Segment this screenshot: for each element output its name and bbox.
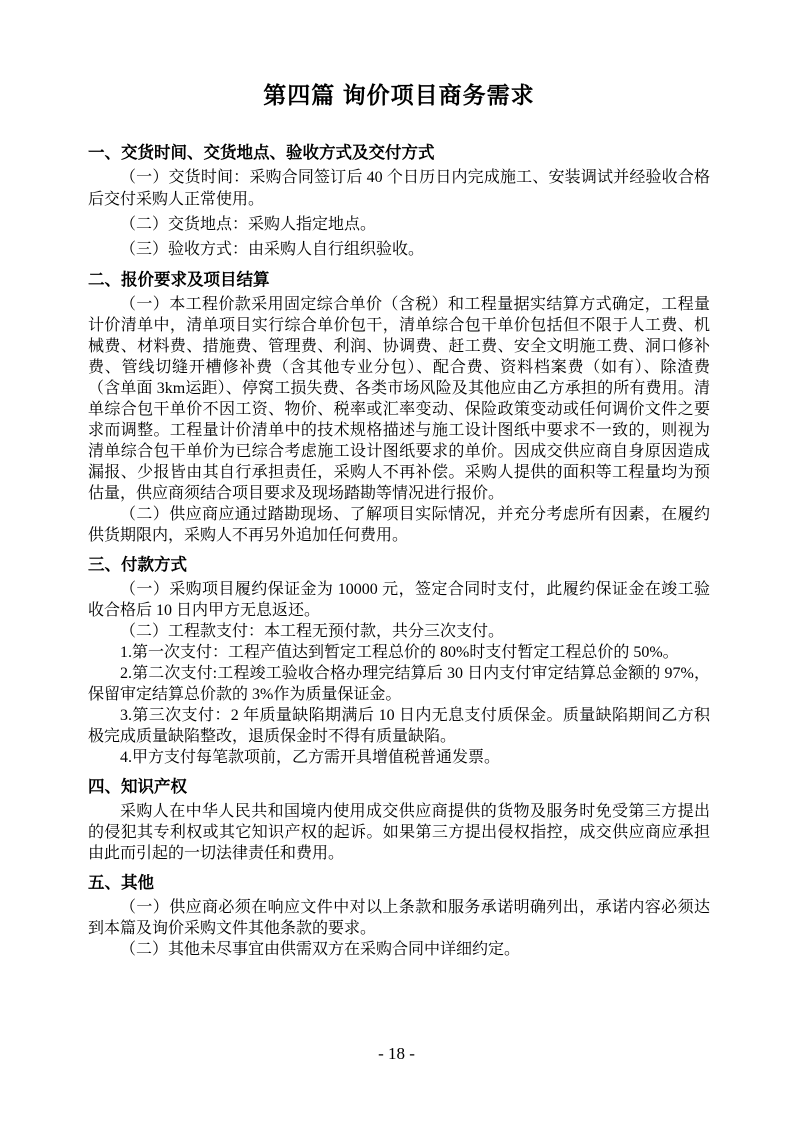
- section-ip-heading: 四、知识产权: [88, 776, 710, 798]
- paragraph-other-commitment: （一）供应商必须在响应文件中对以上条款和服务承诺明确列出，承诺内容必须达到本篇及…: [88, 897, 710, 939]
- paragraph-ip-terms: 采购人在中华人民共和国境内使用成交供应商提供的货物及服务时免受第三方提出的侵犯其…: [88, 801, 710, 864]
- paragraph-site-survey: （二）供应商应通过踏勘现场、了解项目实际情况，并充分考虑所有因素，在履约供货期限…: [88, 504, 710, 546]
- section-payment-heading: 三、付款方式: [88, 554, 710, 576]
- paragraph-payment-second: 2.第二次支付:工程竣工验收合格办理完结算后 30 日内支付审定结算总金额的 9…: [88, 663, 710, 705]
- section-other: 五、其他 （一）供应商必须在响应文件中对以上条款和服务承诺明确列出，承诺内容必须…: [88, 872, 710, 960]
- paragraph-payment-plan: （二）工程款支付：本工程无预付款，共分三次支付。: [88, 621, 710, 642]
- section-delivery: 一、交货时间、交货地点、验收方式及交付方式 （一）交货时间：采购合同签订后 40…: [88, 142, 710, 261]
- section-intellectual-property: 四、知识产权 采购人在中华人民共和国境内使用成交供应商提供的货物及服务时免受第三…: [88, 776, 710, 864]
- paragraph-performance-bond: （一）采购项目履约保证金为 10000 元，签定合同时支付，此履约保证金在竣工验…: [88, 579, 710, 621]
- section-pricing-heading: 二、报价要求及项目结算: [88, 269, 710, 291]
- paragraph-pricing-terms: （一）本工程价款采用固定综合单价（含税）和工程量据实结算方式确定，工程量计价清单…: [88, 294, 710, 504]
- paragraph-delivery-time: （一）交货时间：采购合同签订后 40 个日历日内完成施工、安装调试并经验收合格后…: [88, 167, 710, 211]
- paragraph-delivery-place: （二）交货地点：采购人指定地点。: [88, 214, 710, 236]
- paragraph-payment-invoice: 4.甲方支付每笔款项前，乙方需开具增值税普通发票。: [88, 747, 710, 768]
- page-number: - 18 -: [0, 1044, 793, 1064]
- paragraph-payment-third: 3.第三次支付：2 年质量缺陷期满后 10 日内无息支付质保金。质量缺陷期间乙方…: [88, 705, 710, 747]
- section-delivery-heading: 一、交货时间、交货地点、验收方式及交付方式: [88, 142, 710, 164]
- section-pricing: 二、报价要求及项目结算 （一）本工程价款采用固定综合单价（含税）和工程量据实结算…: [88, 269, 710, 546]
- page-title: 第四篇 询价项目商务需求: [88, 80, 710, 110]
- paragraph-other-contract: （二）其他未尽事宜由供需双方在采购合同中详细约定。: [88, 939, 710, 960]
- section-payment: 三、付款方式 （一）采购项目履约保证金为 10000 元，签定合同时支付，此履约…: [88, 554, 710, 768]
- section-other-heading: 五、其他: [88, 872, 710, 894]
- document-page: 第四篇 询价项目商务需求 一、交货时间、交货地点、验收方式及交付方式 （一）交货…: [0, 0, 793, 1122]
- paragraph-acceptance-method: （三）验收方式：由采购人自行组织验收。: [88, 239, 710, 261]
- paragraph-payment-first: 1.第一次支付：工程产值达到暂定工程总价的 80%时支付暂定工程总价的 50%。: [88, 642, 710, 663]
